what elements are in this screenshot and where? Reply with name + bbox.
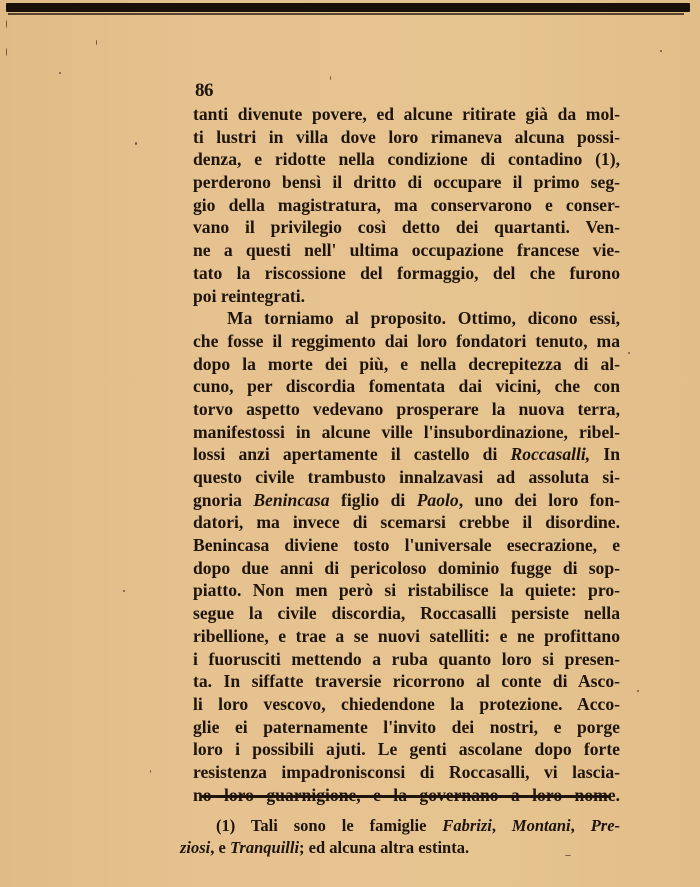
text-line: loro i possibili ajuti. Le genti ascolan…: [193, 738, 620, 761]
text-line: che fosse il reggimento dai loro fondato…: [193, 330, 620, 353]
text-line: resistenza impadronisconsi di Roccasalli…: [193, 761, 620, 784]
scan-speck: [565, 855, 571, 856]
italic-person-name: Paolo: [417, 490, 459, 510]
italic-family-name: Montani: [512, 816, 571, 835]
text-line: glie ei paternamente l'invito dei nostri…: [193, 716, 620, 739]
text-line: i fuorusciti mettendo a ruba quanto loro…: [193, 648, 620, 671]
scan-speck: [6, 48, 7, 56]
paragraph-start-line: Ma torniamo al proposito. Ottimo, dicono…: [193, 307, 620, 330]
scan-speck: [637, 690, 639, 692]
main-text-block: tanti divenute povere, ed alcune ritirat…: [193, 103, 620, 806]
scan-speck: [628, 352, 630, 354]
text-line: dopo la morte dei più, e nella decrepite…: [193, 353, 620, 376]
footnote-divider: [201, 795, 610, 798]
italic-family-name: ziosi: [180, 838, 210, 857]
text-line: denza, e ridotte nella condizione di con…: [193, 148, 620, 171]
italic-family-name: Fabrizi: [442, 816, 492, 835]
text-line: datori, ma invece di scemarsi crebbe il …: [193, 511, 620, 534]
italic-family-name: Tranquilli: [230, 838, 299, 857]
text-line: ta. In siffatte traversie ricorrono al c…: [193, 670, 620, 693]
text-line: li loro vescovo, chiedendone la protezio…: [193, 693, 620, 716]
scan-speck: [6, 20, 7, 28]
scan-speck: [123, 590, 125, 592]
italic-family-name: Pre-: [591, 816, 620, 835]
top-border-rule-thin: [8, 13, 684, 15]
text-line: cuno, per discordia fomentata dai vicini…: [193, 375, 620, 398]
text-line: dopo due anni di pericoloso dominio fugg…: [193, 557, 620, 580]
footnote-line: ziosi, e Tranquilli; ed alcuna altra est…: [180, 837, 620, 859]
scan-speck: [150, 770, 151, 773]
text-segment: , uno dei loro fon-: [459, 490, 620, 510]
scan-speck: [59, 72, 61, 74]
scan-speck: [96, 40, 97, 45]
text-line: ribellione, e trae a se nuovi satelliti:…: [193, 625, 620, 648]
text-line: gnoria Benincasa figlio di Paolo, uno de…: [193, 489, 620, 512]
text-line: manifestossi in alcune ville l'insubordi…: [193, 421, 620, 444]
footnote-marker: (1): [216, 816, 235, 835]
scan-speck: [330, 76, 331, 80]
text-line: torvo aspetto vedevano prosperare la nuo…: [193, 398, 620, 421]
text-line: gio della magistratura, ma conservarono …: [193, 194, 620, 217]
text-segment: , e: [210, 838, 230, 857]
text-line: tanti divenute povere, ed alcune ritirat…: [193, 103, 620, 126]
text-segment: gnoria: [193, 490, 253, 510]
italic-person-name: Benincasa: [253, 490, 329, 510]
text-segment: Tali sono le famiglie: [235, 816, 442, 835]
text-line: ti lustri in villa dove loro rimaneva al…: [193, 126, 620, 149]
footnote: (1) Tali sono le famiglie Fabrizi, Monta…: [180, 815, 620, 859]
text-line: tato la riscossione del formaggio, del c…: [193, 262, 620, 285]
text-line: segue la civile discordia, Roccasalli pe…: [193, 602, 620, 625]
italic-place-name: Roccasalli,: [511, 444, 591, 464]
text-line: ne a questi nell' ultima occupazione fra…: [193, 239, 620, 262]
text-line: poi reintegrati.: [193, 285, 620, 308]
text-line: perderono bensì il dritto di occupare il…: [193, 171, 620, 194]
footnote-line: (1) Tali sono le famiglie Fabrizi, Monta…: [180, 815, 620, 837]
text-segment: ,: [571, 816, 591, 835]
text-segment: In: [590, 444, 620, 464]
scan-speck: [660, 50, 662, 52]
text-line: lossi anzi apertamente il castello di Ro…: [193, 443, 620, 466]
text-line: questo civile trambusto innalzavasi ad a…: [193, 466, 620, 489]
scan-speck: [135, 142, 137, 145]
text-line: vano il privilegio così detto dei quarta…: [193, 216, 620, 239]
text-segment: figlio di: [330, 490, 417, 510]
text-line: piatto. Non men però si ristabilisce la …: [193, 579, 620, 602]
top-border-rule: [6, 3, 690, 12]
text-segment: ,: [492, 816, 512, 835]
book-page: 86 tanti divenute povere, ed alcune riti…: [0, 0, 700, 887]
text-segment: ; ed alcuna altra estinta.: [299, 838, 469, 857]
text-segment: lossi anzi apertamente il castello di: [193, 444, 511, 464]
text-line: Benincasa diviene tosto l'universale ese…: [193, 534, 620, 557]
page-number: 86: [195, 80, 213, 102]
